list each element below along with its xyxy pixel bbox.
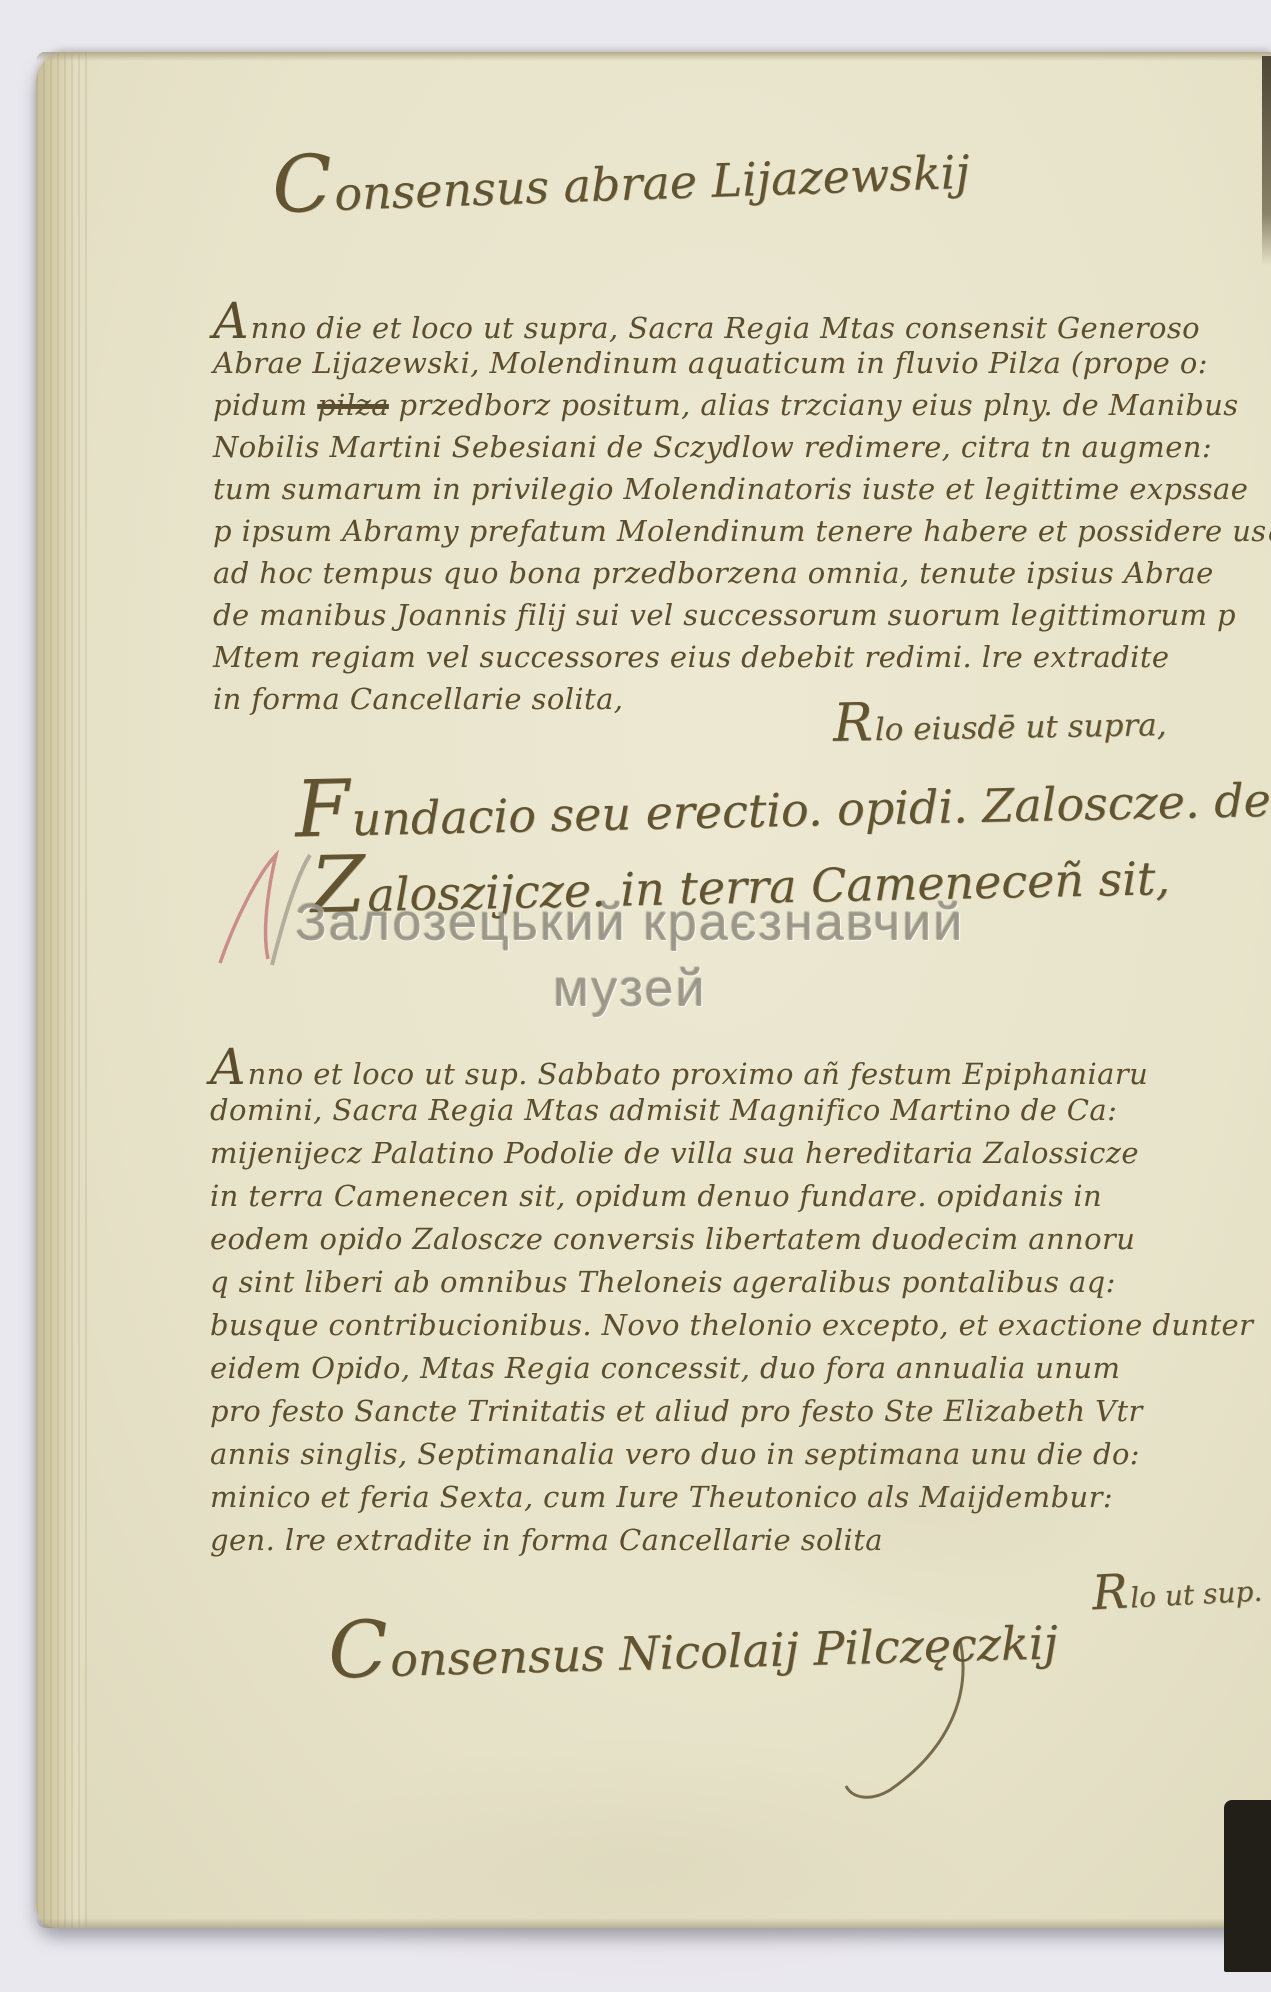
text-line: Abrae Lijazewski, Molendinum aquaticum i… — [213, 342, 1173, 384]
paragraph-consensus-abrae: Anno die et loco ut supra, Sacra Regia M… — [213, 300, 1173, 720]
text-line: eidem Opido, Mtas Regia concessit, duo f… — [210, 1347, 1175, 1390]
text-line: gen. lre extradite in forma Cancellarie … — [210, 1519, 1175, 1562]
text-line: p ipsum Abramy prefatum Molendinum tener… — [213, 510, 1173, 552]
paragraph-fundacio: Anno et loco ut sup. Sabbato proximo añ … — [210, 1046, 1175, 1562]
flourish-stroke — [846, 1640, 963, 1797]
relatio-note-1: Rlo eiusdē ut supra, — [832, 687, 1166, 754]
scanner-black-edge-top — [1262, 56, 1271, 266]
text-line: domini, Sacra Regia Mtas admisit Magnifi… — [210, 1089, 1175, 1132]
text-line: Mtem regiam vel successores eius debebit… — [213, 636, 1173, 678]
text-line: eodem opido Zaloscze conversis libertate… — [210, 1218, 1175, 1261]
text-line: Nobilis Martini Sebesiani de Sczydlow re… — [213, 426, 1173, 468]
text-line: ad hoc tempus quo bona przedborzena omni… — [213, 552, 1173, 594]
text-line: Anno die et loco ut supra, Sacra Regia M… — [213, 300, 1173, 342]
relatio-note-2: Rlo ut sup. — [1091, 1558, 1264, 1622]
text-line: Anno et loco ut sup. Sabbato proximo añ … — [210, 1046, 1175, 1089]
text-segment: pidum — [213, 388, 317, 422]
strikethrough-word: pilza — [317, 388, 389, 422]
text-line: de manibus Joannis filij sui vel success… — [213, 594, 1173, 636]
museum-watermark-line1: Залозецький краєзнавчий — [180, 890, 1080, 956]
pen-flourish — [830, 1640, 1050, 1810]
text-line: minico et feria Sexta, cum Iure Theutoni… — [210, 1476, 1175, 1519]
text-line: annis singlis, Septimanalia vero duo in … — [210, 1433, 1175, 1476]
page-top-edge — [36, 52, 1271, 61]
page-fore-edge — [36, 52, 88, 1928]
text-line: q sint liberi ab omnibus Theloneis agera… — [210, 1261, 1175, 1304]
museum-watermark: Залозецький краєзнавчий музей — [180, 890, 1080, 1022]
text-segment: przedborz positum, alias trzciany eius p… — [389, 388, 1239, 422]
scan-background: Consensus abrae Lijazewskij Anno die et … — [0, 0, 1271, 1982]
text-line: in terra Camenecen sit, opidum denuo fun… — [210, 1175, 1175, 1218]
text-line: mijenijecz Palatino Podolie de villa sua… — [210, 1132, 1175, 1175]
text-line: pidum pilza przedborz positum, alias trz… — [213, 384, 1173, 426]
scanner-black-edge-bottom — [1224, 1800, 1271, 1972]
museum-watermark-line2: музей — [180, 956, 1080, 1022]
text-line: pro festo Sancte Trinitatis et aliud pro… — [210, 1390, 1175, 1433]
text-line: tum sumarum in privilegio Molendinatoris… — [213, 468, 1173, 510]
text-line: busque contribucionibus. Novo thelonio e… — [210, 1304, 1175, 1347]
